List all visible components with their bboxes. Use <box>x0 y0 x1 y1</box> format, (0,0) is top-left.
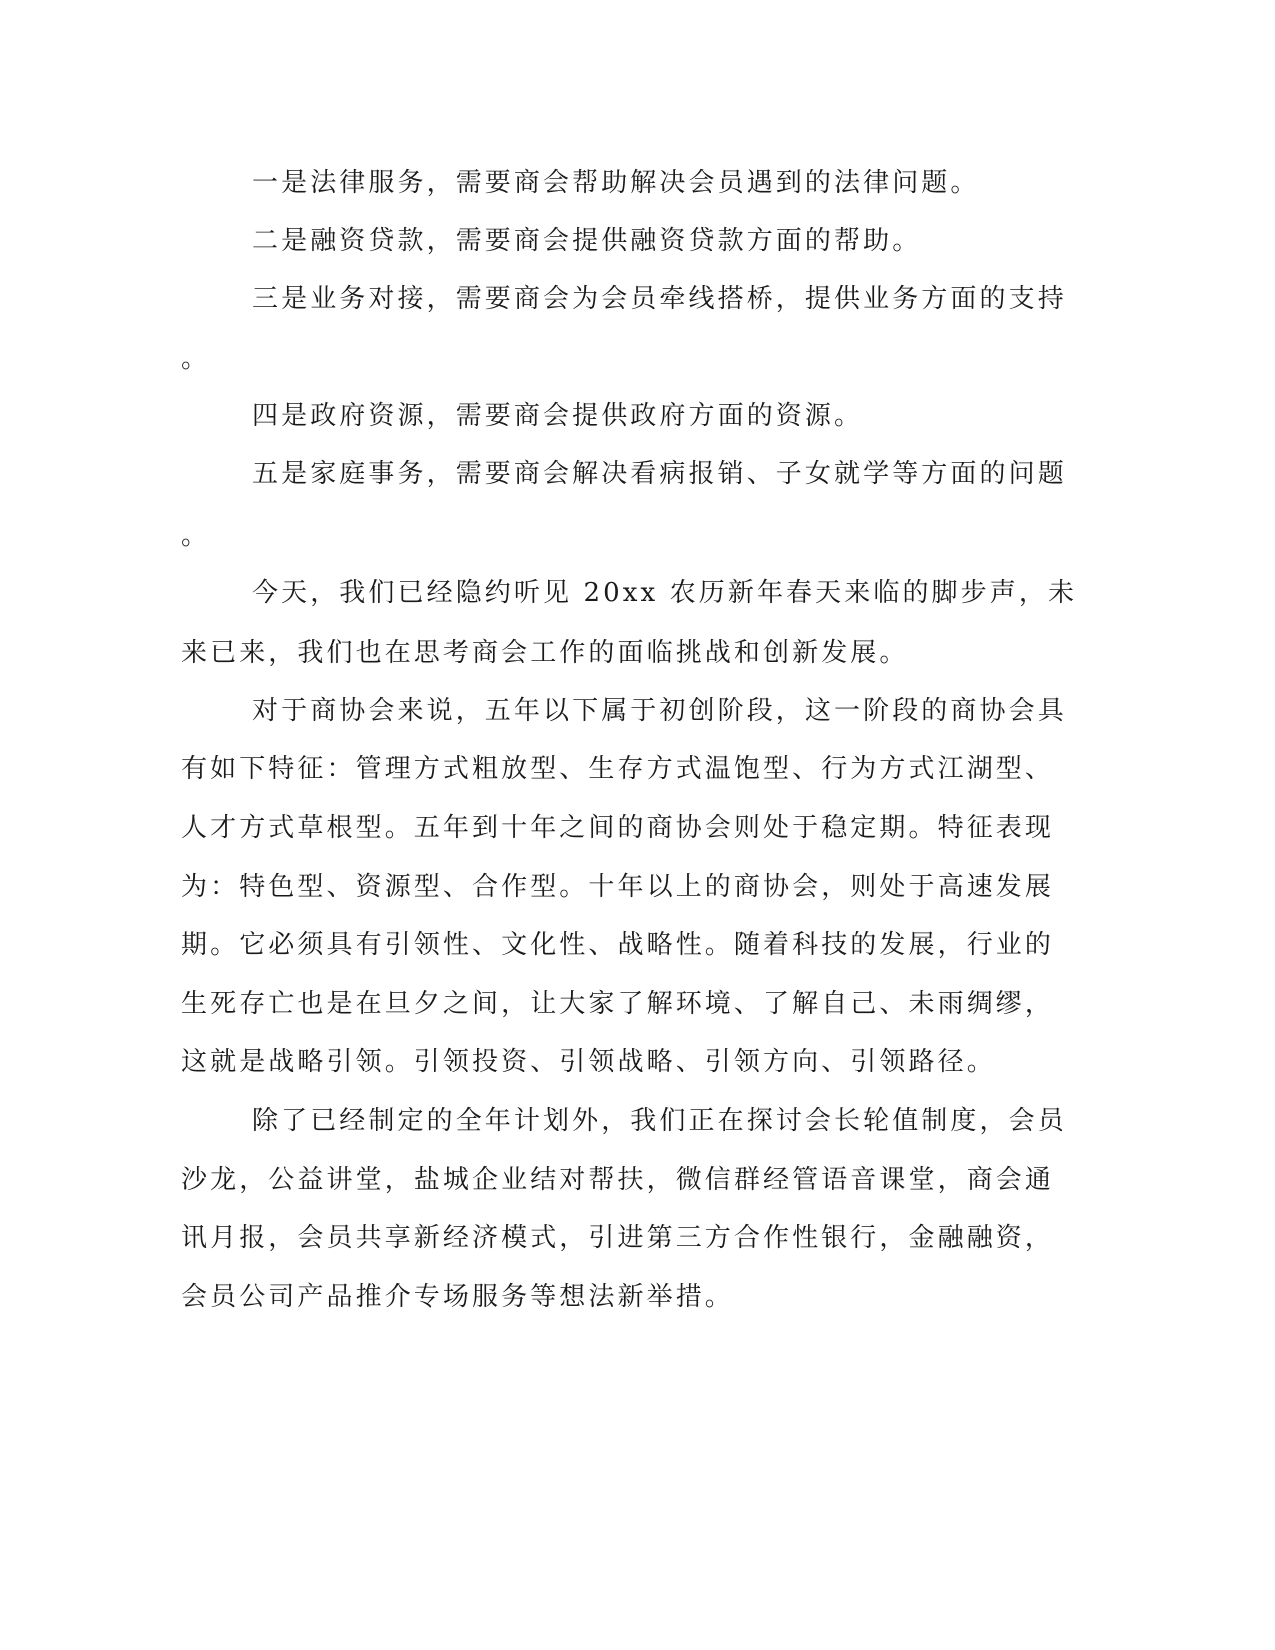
paragraph-new-year-line-2: 来已来，我们也在思考商会工作的面临挑战和创新发展。 <box>181 636 1041 670</box>
paragraph-chamber-stages-line-5: 期。它必须具有引领性、文化性、战略性。随着科技的发展，行业的 <box>181 928 1041 962</box>
paragraph-family-affairs-line-2: 。 <box>181 519 1041 553</box>
paragraph-family-affairs-line-1: 五是家庭事务，需要商会解决看病报销、子女就学等方面的问题 <box>252 457 1042 491</box>
paragraph-chamber-stages-line-3: 人才方式草根型。五年到十年之间的商协会则处于稳定期。特征表现 <box>181 811 1041 845</box>
paragraph-business-matching-line-1: 三是业务对接，需要商会为会员牵线搭桥，提供业务方面的支持 <box>252 282 1042 316</box>
paragraph-chamber-stages-line-7: 这就是战略引领。引领投资、引领战略、引领方向、引领路径。 <box>181 1045 1041 1079</box>
paragraph-new-initiatives-line-3: 讯月报，会员共享新经济模式，引进第三方合作性银行，金融融资， <box>181 1221 1041 1255</box>
paragraph-government-resources: 四是政府资源，需要商会提供政府方面的资源。 <box>252 399 1042 433</box>
paragraph-business-matching-line-2: 。 <box>181 342 1041 376</box>
paragraph-chamber-stages-line-6: 生死存亡也是在旦夕之间，让大家了解环境、了解自己、未雨绸缪， <box>181 987 1041 1021</box>
paragraph-new-initiatives-line-1: 除了已经制定的全年计划外，我们正在探讨会长轮值制度，会员 <box>252 1104 1042 1138</box>
paragraph-chamber-stages-line-2: 有如下特征：管理方式粗放型、生存方式温饱型、行为方式江湖型、 <box>181 752 1041 786</box>
paragraph-new-year-line-1: 今天，我们已经隐约听见 20xx 农历新年春天来临的脚步声，未 <box>252 576 1042 610</box>
paragraph-new-initiatives-line-4: 会员公司产品推介专场服务等想法新举措。 <box>181 1280 1041 1314</box>
paragraph-financing-loans: 二是融资贷款，需要商会提供融资贷款方面的帮助。 <box>252 224 1042 258</box>
paragraph-legal-services: 一是法律服务，需要商会帮助解决会员遇到的法律问题。 <box>252 166 1042 200</box>
document-page: 一是法律服务，需要商会帮助解决会员遇到的法律问题。 二是融资贷款，需要商会提供融… <box>0 0 1275 1650</box>
paragraph-chamber-stages-line-4: 为：特色型、资源型、合作型。十年以上的商协会，则处于高速发展 <box>181 870 1041 904</box>
paragraph-chamber-stages-line-1: 对于商协会来说，五年以下属于初创阶段，这一阶段的商协会具 <box>252 694 1042 728</box>
paragraph-new-initiatives-line-2: 沙龙，公益讲堂，盐城企业结对帮扶，微信群经管语音课堂，商会通 <box>181 1163 1041 1197</box>
